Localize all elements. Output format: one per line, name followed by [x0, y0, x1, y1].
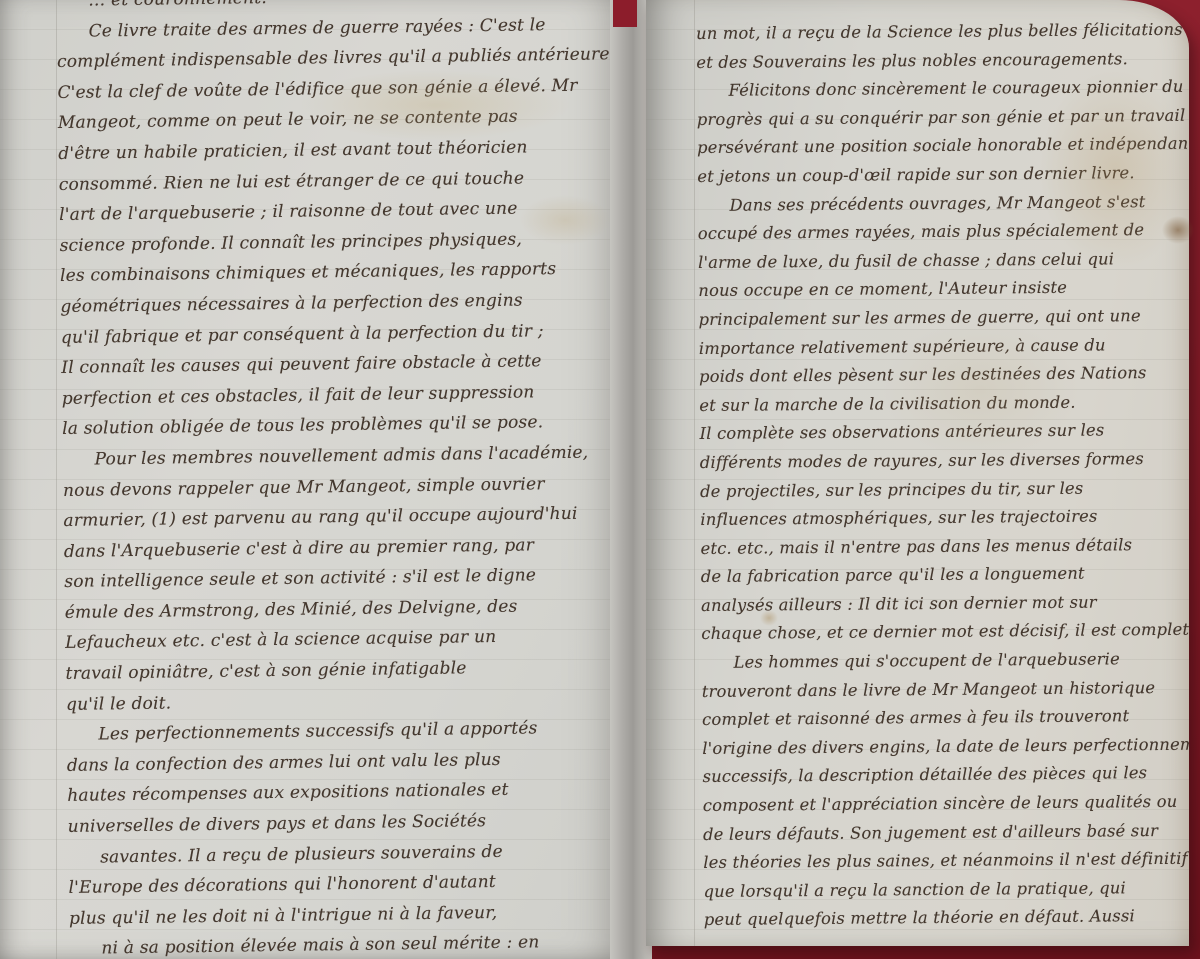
binding-red-sliver: [613, 0, 637, 27]
manuscript-line: et des Souverains les plus nobles encour…: [696, 44, 1189, 77]
manuscript-line: différents modes de rayures, sur les div…: [700, 444, 1189, 477]
manuscript-line: l'arme de luxe, du fusil de chasse ; dan…: [698, 244, 1189, 277]
margin-line: [694, 0, 695, 946]
manuscript-line: que lorsqu'il a reçu la sanction de la p…: [703, 873, 1189, 906]
manuscript-line: composent et l'appréciation sincère de l…: [703, 787, 1189, 820]
manuscript-line: influences atmosphériques, sur les traje…: [700, 501, 1189, 534]
manuscript-line: un mot, il a reçu de la Science les plus…: [696, 15, 1189, 48]
manuscript-photo: … et couronnement.Ce livre traite des ar…: [0, 0, 1200, 959]
manuscript-line: nous occupe en ce moment, l'Auteur insis…: [698, 272, 1189, 305]
manuscript-line: de la fabrication parce qu'il les a long…: [701, 558, 1189, 591]
left-page-lines: … et couronnement.Ce livre traite des ar…: [56, 0, 622, 959]
manuscript-line: poids dont elles pèsent sur les destinée…: [699, 358, 1189, 391]
manuscript-line: de leurs défauts. Son jugement est d'ail…: [703, 816, 1189, 849]
manuscript-line: l'origine des divers engins, la date de …: [702, 730, 1189, 763]
margin-line: [56, 0, 57, 959]
right-page-lines: un mot, il a reçu de la Science les plus…: [696, 15, 1189, 935]
manuscript-line: Félicitons donc sincèrement le courageux…: [696, 72, 1189, 105]
manuscript-line: principalement sur les armes de guerre, …: [698, 301, 1189, 334]
manuscript-line: Il complète ses observations antérieures…: [699, 415, 1189, 448]
right-page: un mot, il a reçu de la Science les plus…: [646, 0, 1189, 946]
manuscript-line: trouveront dans le livre de Mr Mangeot u…: [702, 673, 1189, 706]
manuscript-line: etc. etc., mais il n'entre pas dans les …: [700, 530, 1189, 563]
manuscript-line: analysés ailleurs : Il dit ici son derni…: [701, 587, 1189, 620]
manuscript-line: persévérant une position sociale honorab…: [697, 129, 1189, 162]
manuscript-line: progrès qui a su conquérir par son génie…: [697, 101, 1189, 134]
manuscript-line: Dans ses précédents ouvrages, Mr Mangeot…: [697, 187, 1189, 220]
manuscript-line: et sur la marche de la civilisation du m…: [699, 387, 1189, 420]
manuscript-line: complet et raisonné des armes à feu ils …: [702, 701, 1189, 734]
manuscript-line: de projectiles, sur les principes du tir…: [700, 473, 1189, 506]
manuscript-line: Les hommes qui s'occupent de l'arquebuse…: [701, 644, 1189, 677]
manuscript-line: successifs, la description détaillée des…: [702, 759, 1189, 792]
left-page: … et couronnement.Ce livre traite des ar…: [0, 0, 622, 959]
manuscript-line: et jetons un coup-d'œil rapide sur son d…: [697, 158, 1189, 191]
manuscript-line: chaque chose, et ce dernier mot est déci…: [701, 616, 1189, 649]
manuscript-line: importance relativement supérieure, à ca…: [699, 330, 1189, 363]
manuscript-line: peut quelquefois mettre la théorie en dé…: [704, 901, 1189, 934]
manuscript-line: occupé des armes rayées, mais plus spéci…: [698, 215, 1189, 248]
manuscript-line: les théories les plus saines, et néanmoi…: [703, 844, 1189, 877]
